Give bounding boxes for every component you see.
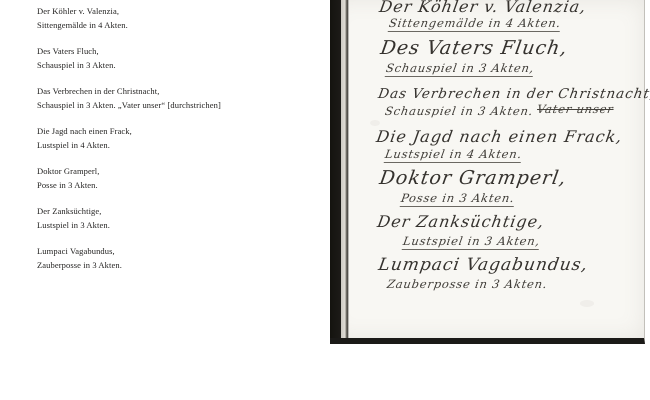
handwritten-title: Der Köhler v. Valenzia,	[378, 0, 588, 16]
work-genre: Sittengemälde in 4 Akten.	[37, 18, 317, 32]
transcription-entry: Die Jagd nach einen Frack, Lustspiel in …	[37, 124, 317, 152]
document-page: Der Köhler v. Valenzia, Sittengemälde in…	[0, 0, 650, 400]
transcription-entry: Lumpaci Vagabundus, Zauberposse in 3 Akt…	[37, 244, 317, 272]
work-title: Lumpaci Vagabundus,	[37, 244, 317, 258]
work-title: Der Zanksüchtige,	[37, 204, 317, 218]
transcription-entry: Der Zanksüchtige, Lustspiel in 3 Akten.	[37, 204, 317, 232]
transcription-entry: Der Köhler v. Valenzia, Sittengemälde in…	[37, 4, 317, 32]
work-title: Der Köhler v. Valenzia,	[37, 4, 317, 18]
transcription-entry: Das Verbrechen in der Christnacht, Schau…	[37, 84, 317, 112]
work-genre: Lustspiel in 3 Akten.	[37, 218, 317, 232]
work-title: Doktor Gramperl,	[37, 164, 317, 178]
work-title: Das Verbrechen in der Christnacht,	[37, 84, 317, 98]
handwritten-title: Lumpaci Vagabundus,	[377, 255, 590, 275]
handwritten-genre: Lustspiel in 4 Akten.	[384, 147, 523, 161]
handwritten-title: Der Zanksüchtige,	[376, 212, 546, 231]
handwritten-title: Doktor Gramperl,	[378, 167, 568, 189]
work-genre: Posse in 3 Akten.	[37, 178, 317, 192]
work-title: Des Vaters Fluch,	[37, 44, 317, 58]
struck-text: Vater unser	[536, 102, 615, 116]
handwritten-genre: Sittengemälde in 4 Akten.	[388, 16, 562, 30]
handwritten-title: Des Vaters Fluch,	[379, 37, 569, 59]
work-genre: Schauspiel in 3 Akten.	[37, 58, 317, 72]
paper-blemish	[370, 120, 380, 126]
book-binding	[330, 0, 349, 338]
paper-blemish	[580, 300, 594, 307]
transcription-panel: Der Köhler v. Valenzia, Sittengemälde in…	[37, 4, 317, 284]
work-genre: Zauberposse in 3 Akten.	[37, 258, 317, 272]
transcription-entry: Doktor Gramperl, Posse in 3 Akten.	[37, 164, 317, 192]
handwritten-genre: Zauberposse in 3 Akten.	[386, 277, 549, 291]
handwritten-genre: Schauspiel in 3 Akten.	[384, 104, 534, 118]
work-title: Die Jagd nach einen Frack,	[37, 124, 317, 138]
manuscript-scan: Der Köhler v. Valenzia, Sittengemälde in…	[330, 0, 645, 344]
handwritten-genre: Posse in 3 Akten.	[400, 191, 516, 205]
handwritten-genre: Lustspiel in 3 Akten,	[402, 234, 541, 248]
handwritten-genre: Schauspiel in 3 Akten,	[385, 61, 535, 75]
work-genre: Schauspiel in 3 Akten. „Vater unser“ [du…	[37, 98, 317, 112]
handwritten-title: Die Jagd nach einen Frack,	[375, 127, 624, 146]
handwritten-title: Das Verbrechen in der Christnacht,	[377, 86, 650, 102]
work-genre: Lustspiel in 4 Akten.	[37, 138, 317, 152]
transcription-entry: Des Vaters Fluch, Schauspiel in 3 Akten.	[37, 44, 317, 72]
